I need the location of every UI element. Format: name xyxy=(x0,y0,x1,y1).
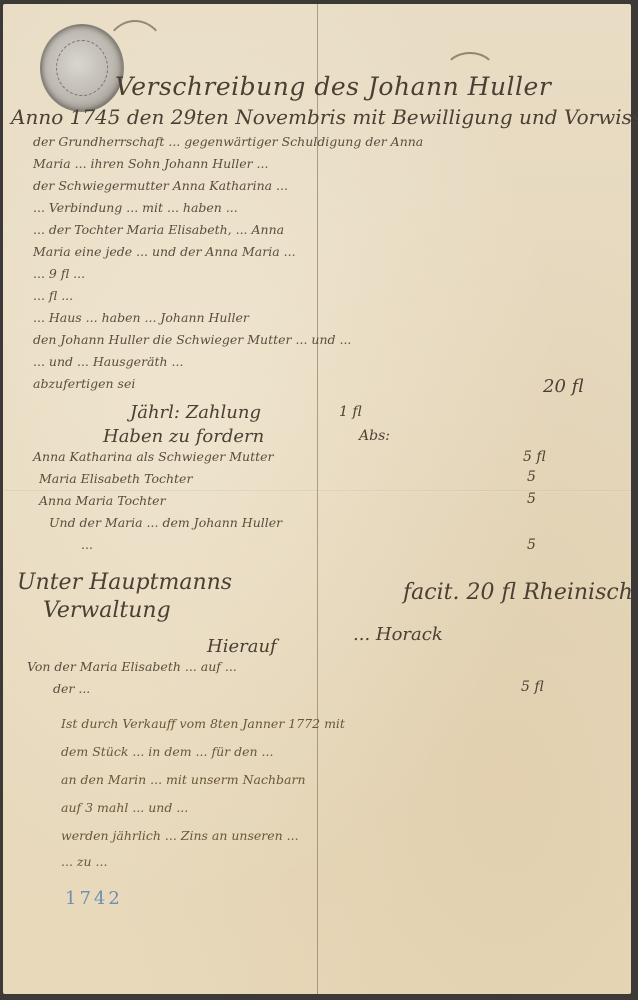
creditor-name: Maria Elisabeth Tochter xyxy=(39,471,192,486)
body-line: ... der Tochter Maria Elisabeth, ... Ann… xyxy=(33,222,284,237)
creditor-amount: 5 fl xyxy=(523,449,546,465)
signature: ... Horack xyxy=(353,624,443,645)
admin-line-amount: 5 fl xyxy=(521,679,544,695)
creditor-amount: 5 xyxy=(527,537,536,553)
total-amount: facit. 20 fl Rheinisch xyxy=(403,580,633,605)
payment-amount: 1 fl xyxy=(339,404,362,420)
admin-line: Von der Maria Elisabeth ... auf ... xyxy=(27,659,237,674)
body-line: ... fl ... xyxy=(33,288,73,303)
body-line: ... Haus ... haben ... Johann Huller xyxy=(33,310,249,325)
note-line: an den Marin ... mit unserm Nachbarn xyxy=(61,772,306,787)
note-line: Ist durch Verkauff vom 8ten Janner 1772 … xyxy=(61,716,345,731)
admin-line: der ... xyxy=(53,681,90,696)
heading-line: Anno 1745 den 29ten Novembris mit Bewill… xyxy=(11,105,638,129)
creditor-name: Anna Katharina als Schwieger Mutter xyxy=(33,449,274,464)
creditor-name: Und der Maria ... dem Johann Huller xyxy=(49,515,282,530)
vertical-fold-line xyxy=(317,4,318,994)
body-line: ... Verbindung ... mit ... haben ... xyxy=(33,200,238,215)
admin-heading-line2: Verwaltung xyxy=(43,598,171,623)
body-line: ... und ... Hausgeräth ... xyxy=(33,354,183,369)
note-line: werden jährlich ... Zins an unseren ... xyxy=(61,828,299,843)
creditor-amount: 5 xyxy=(527,469,536,485)
body-line: den Johann Huller die Schwieger Mutter .… xyxy=(33,332,351,347)
hierauf-label: Hierauf xyxy=(207,636,277,657)
body-line: der Schwiegermutter Anna Katharina ... xyxy=(33,178,288,193)
pencil-date-note: 1742 xyxy=(65,888,123,909)
document-title: Verschreibung des Johann Huller xyxy=(115,72,551,101)
creditor-name: ... xyxy=(81,537,93,552)
note-line: ... zu ... xyxy=(61,854,107,869)
body-line: der Grundherrschaft ... gegenwärtiger Sc… xyxy=(33,134,423,149)
horizontal-fold-line xyxy=(3,490,631,492)
manuscript-page: Verschreibung des Johann Huller Anno 174… xyxy=(3,4,631,994)
body-line: Maria eine jede ... und der Anna Maria .… xyxy=(33,244,296,259)
note-line: dem Stück ... in dem ... für den ... xyxy=(61,744,273,759)
sum-amount: 20 fl xyxy=(543,376,584,397)
body-line: ... 9 fl ... xyxy=(33,266,85,281)
creditor-amount: 5 xyxy=(527,491,536,507)
payment-subheading-amount: Abs: xyxy=(359,428,390,444)
creditor-name: Anna Maria Tochter xyxy=(39,493,166,508)
admin-heading-line1: Unter Hauptmanns xyxy=(17,570,232,595)
payment-subheading: Haben zu fordern xyxy=(103,426,264,447)
body-line: abzufertigen sei xyxy=(33,376,135,391)
payment-heading: Jährl: Zahlung xyxy=(130,402,261,423)
note-line: auf 3 mahl ... und ... xyxy=(61,800,188,815)
body-line: Maria ... ihren Sohn Johann Huller ... xyxy=(33,156,268,171)
